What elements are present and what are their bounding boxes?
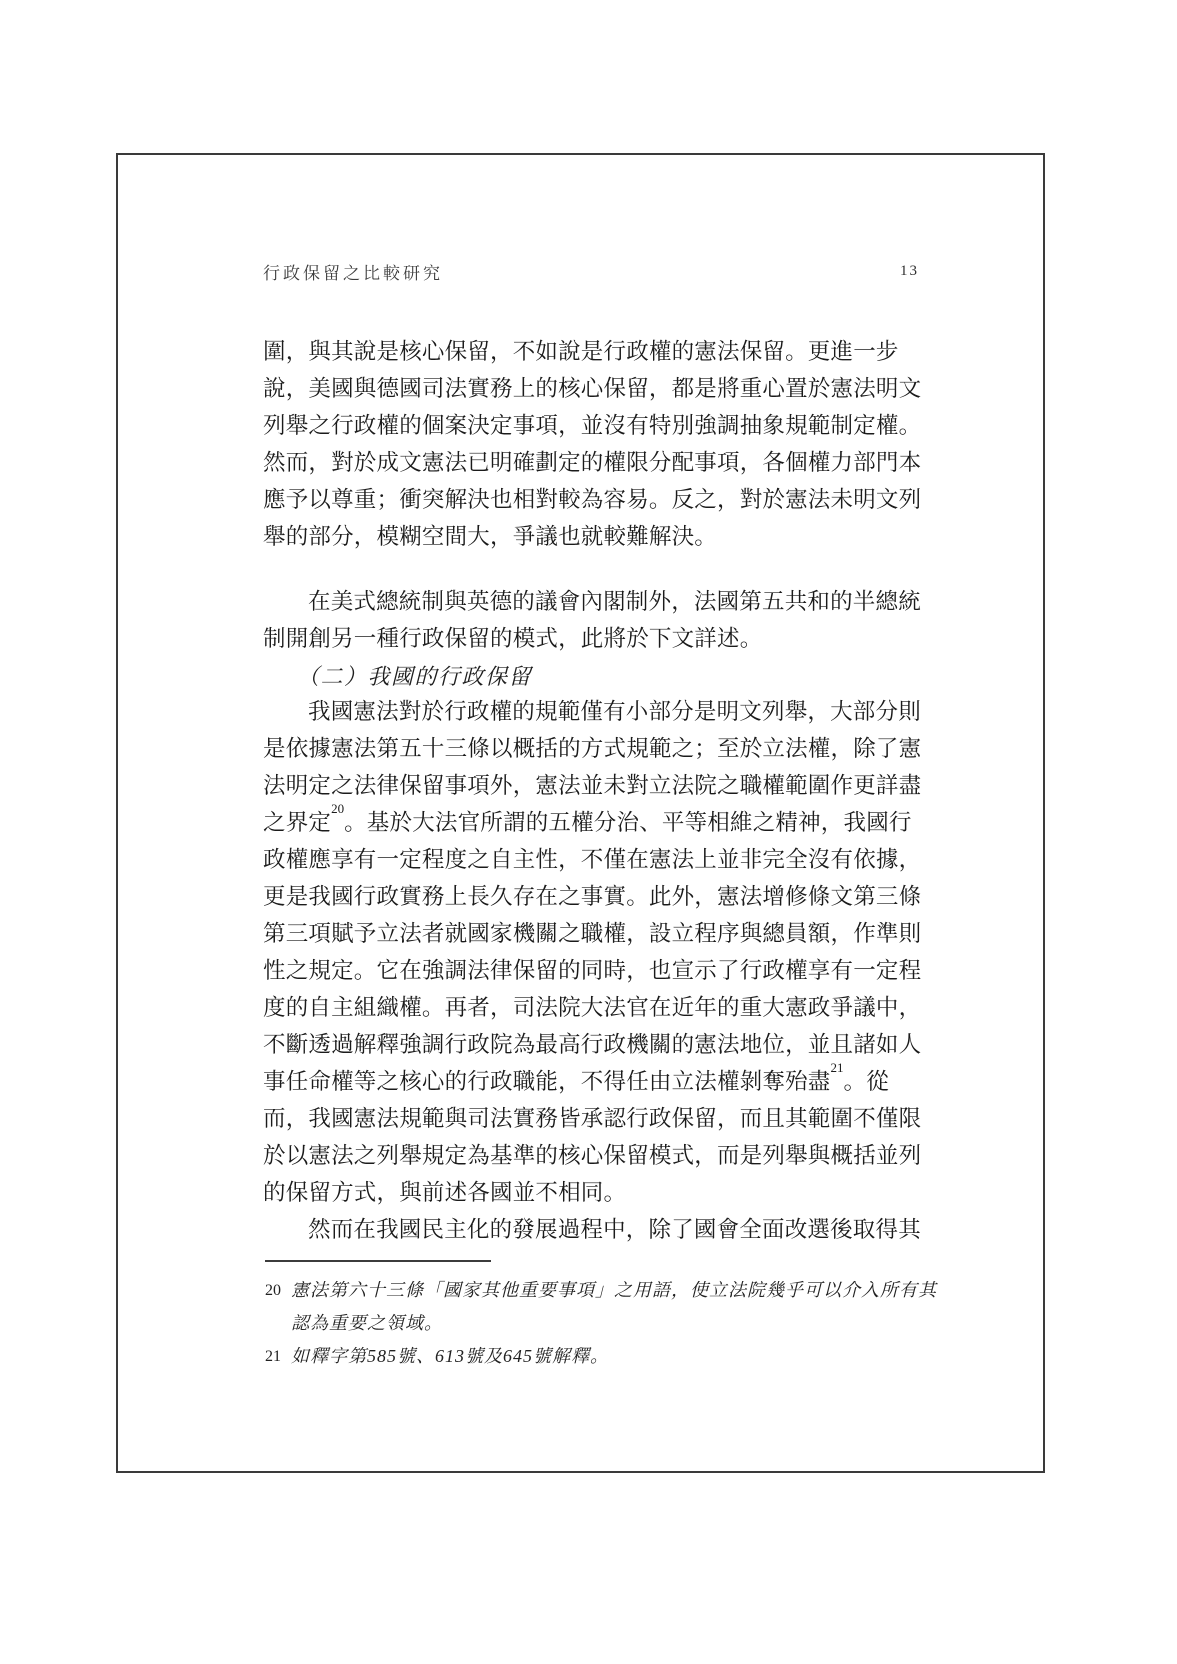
- footnote-text-line: 如釋字第585號、613號及645號解釋。: [291, 1340, 925, 1373]
- footnotes: 20憲法第六十三條「國家其他重要事項」之用語，使立法院幾乎可以介入所有其認為重要…: [263, 1274, 925, 1373]
- running-title: 行政保留之比較研究: [263, 259, 443, 284]
- text-line: 而，我國憲法規範與司法實務皆承認行政保留，而且其範圍不僅限: [263, 1100, 925, 1137]
- text-line: 事任命權等之核心的行政職能，不得任由立法權剝奪殆盡21。從: [263, 1063, 925, 1100]
- text-line: 舉的部分，模糊空間大，爭議也就較難解決。: [263, 518, 925, 555]
- paragraph: 然而在我國民主化的發展過程中，除了國會全面改選後取得其: [263, 1211, 925, 1248]
- text-line: 第三項賦予立法者就國家機關之職權，設立程序與總員額，作準則: [263, 915, 925, 952]
- text-line: 法明定之法律保留事項外，憲法並未對立法院之職權範圍作更詳盡: [263, 767, 925, 804]
- footnote-text-line: 憲法第六十三條「國家其他重要事項」之用語，使立法院幾乎可以介入所有其: [291, 1274, 925, 1307]
- text-line: 的保留方式，與前述各國並不相同。: [263, 1174, 925, 1211]
- section-heading: （二）我國的行政保留: [263, 663, 925, 691]
- text-line: 應予以尊重；衝突解決也相對較為容易。反之，對於憲法未明文列: [263, 481, 925, 518]
- footnote-text-line: 認為重要之領域。: [291, 1307, 925, 1340]
- text-line: 然而，對於成文憲法已明確劃定的權限分配事項，各個權力部門本: [263, 444, 925, 481]
- text-line: 於以憲法之列舉規定為基準的核心保留模式，而是列舉與概括並列: [263, 1137, 925, 1174]
- text-line: 度的自主組織權。再者，司法院大法官在近年的重大憲政爭議中，: [263, 989, 925, 1026]
- footnote-number: 21: [265, 1340, 281, 1373]
- paragraph: 在美式總統制與英德的議會內閣制外，法國第五共和的半總統制開創另一種行政保留的模式…: [263, 583, 925, 657]
- paragraph: 我國憲法對於行政權的規範僅有小部分是明文列舉，大部分則是依據憲法第五十三條以概括…: [263, 693, 925, 1211]
- text-line: 更是我國行政實務上長久存在之事實。此外，憲法增修條文第三條: [263, 878, 925, 915]
- text-line: 列舉之行政權的個案決定事項，並沒有特別強調抽象規範制定權。: [263, 407, 925, 444]
- footnote-reference: 20: [331, 801, 344, 816]
- running-header: 行政保留之比較研究 13: [263, 259, 919, 283]
- text-blocks: 圍，與其說是核心保留，不如說是行政權的憲法保留。更進一步說，美國與德國司法實務上…: [263, 333, 925, 1248]
- text-line: 在美式總統制與英德的議會內閣制外，法國第五共和的半總統: [263, 583, 925, 620]
- text-line: 之界定20。基於大法官所謂的五權分治、平等相維之精神，我國行: [263, 804, 925, 841]
- text-line: 政權應享有一定程度之自主性，不僅在憲法上並非完全沒有依據，: [263, 841, 925, 878]
- text-line: 說，美國與德國司法實務上的核心保留，都是將重心置於憲法明文: [263, 370, 925, 407]
- text-line: 我國憲法對於行政權的規範僅有小部分是明文列舉，大部分則: [263, 693, 925, 730]
- body-text: 圍，與其說是核心保留，不如說是行政權的憲法保留。更進一步說，美國與德國司法實務上…: [263, 333, 925, 1373]
- page-frame: 行政保留之比較研究 13 圍，與其說是核心保留，不如說是行政權的憲法保留。更進一…: [116, 153, 1045, 1473]
- footnote-separator: [265, 1260, 491, 1262]
- text-line: 然而在我國民主化的發展過程中，除了國會全面改選後取得其: [263, 1211, 925, 1248]
- paragraph: 圍，與其說是核心保留，不如說是行政權的憲法保留。更進一步說，美國與德國司法實務上…: [263, 333, 925, 555]
- text-line: 制開創另一種行政保留的模式，此將於下文詳述。: [263, 620, 925, 657]
- text-line: 是依據憲法第五十三條以概括的方式規範之；至於立法權，除了憲: [263, 730, 925, 767]
- text-line: 性之規定。它在強調法律保留的同時，也宣示了行政權享有一定程: [263, 952, 925, 989]
- text-line: 圍，與其說是核心保留，不如說是行政權的憲法保留。更進一步: [263, 333, 925, 370]
- footnote-number: 20: [265, 1274, 281, 1307]
- footnote: 20憲法第六十三條「國家其他重要事項」之用語，使立法院幾乎可以介入所有其認為重要…: [263, 1274, 925, 1340]
- page-number: 13: [900, 263, 919, 280]
- footnote: 21如釋字第585號、613號及645號解釋。: [263, 1340, 925, 1373]
- text-line: 不斷透過解釋強調行政院為最高行政機關的憲法地位，並且諸如人: [263, 1026, 925, 1063]
- footnote-reference: 21: [831, 1060, 844, 1075]
